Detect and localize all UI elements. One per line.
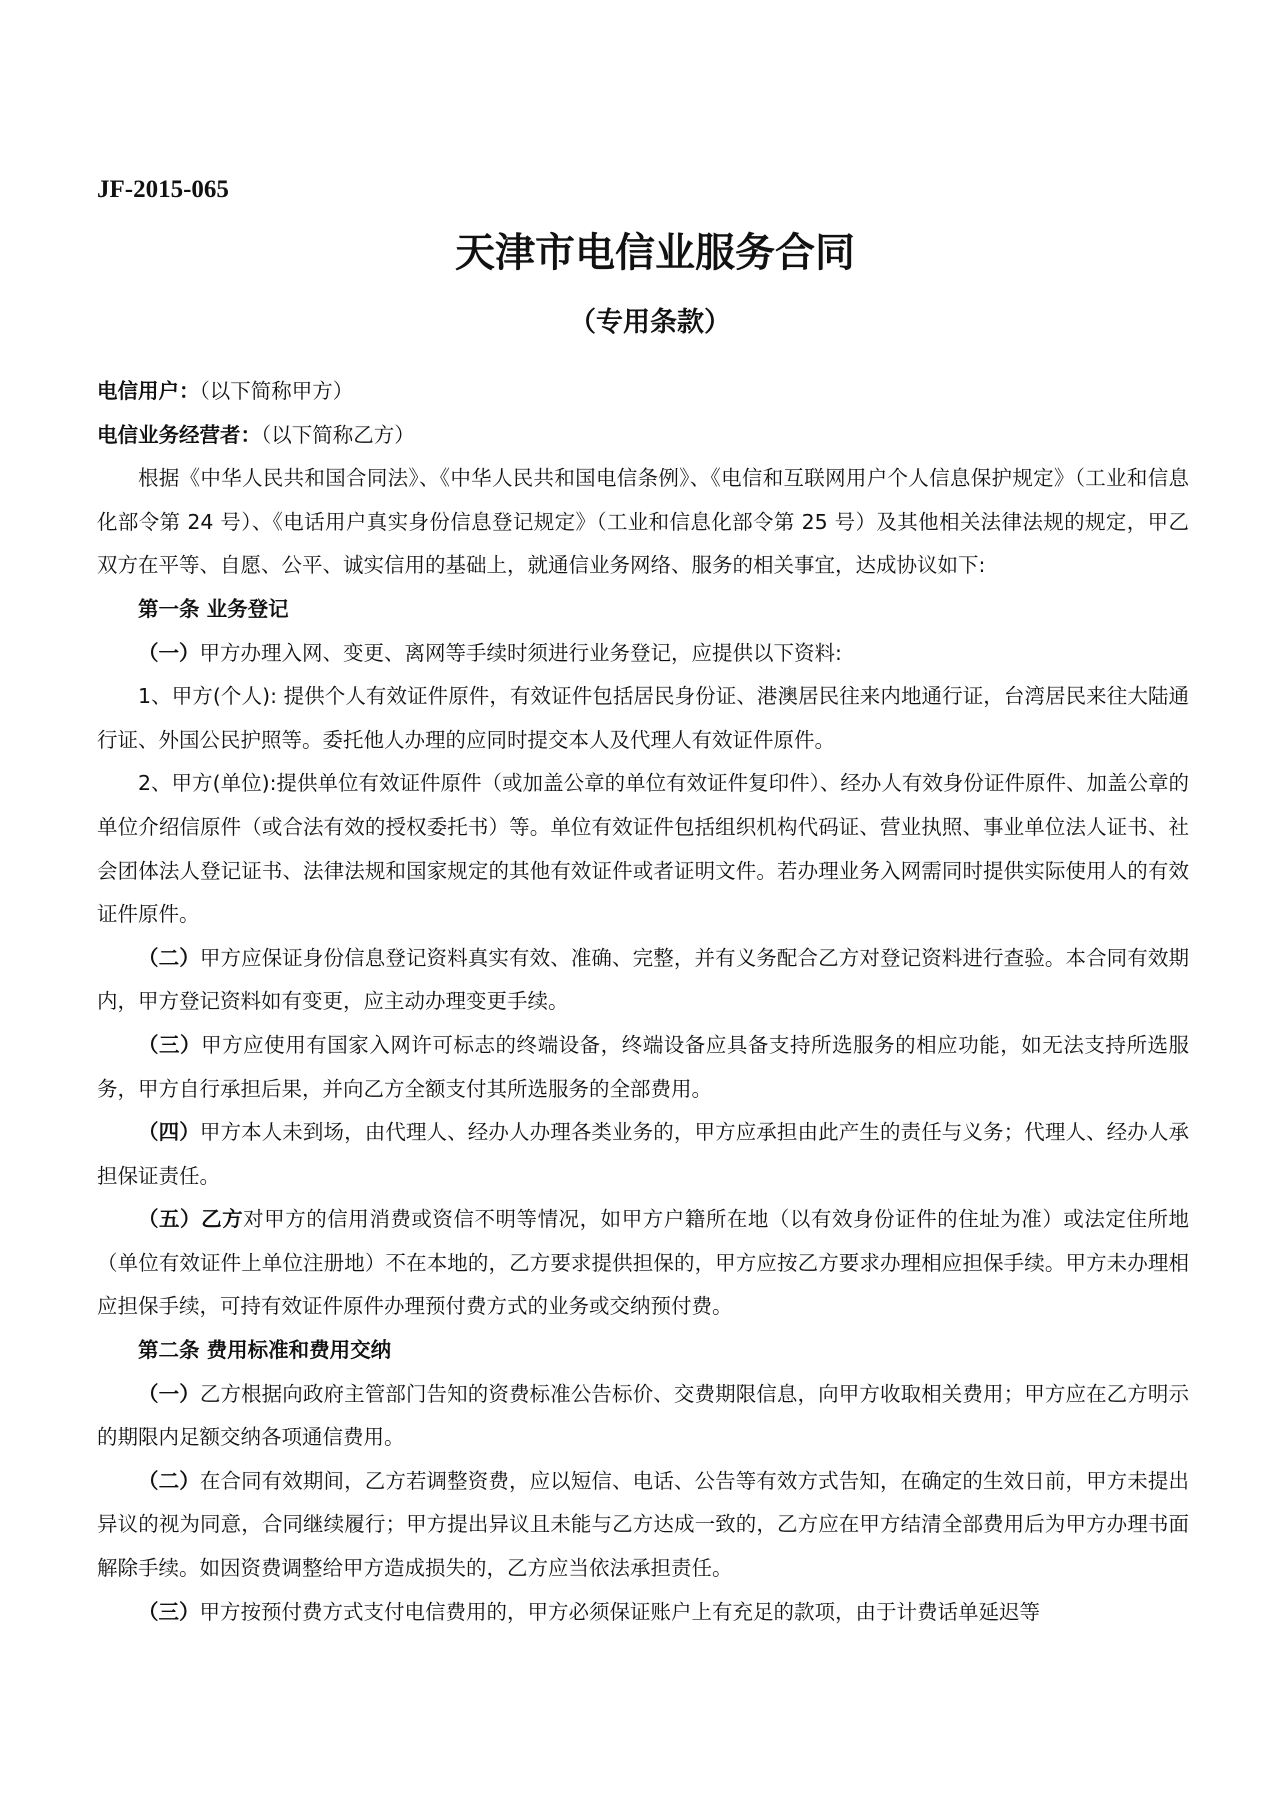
preamble: 根据《中华人民共和国合同法》、《中华人民共和国电信条例》、《电信和互联网用户个人… [97,457,1189,588]
clause: （三）甲方应使用有国家入网许可标志的终端设备，终端设备应具备支持所选服务的相应功… [97,1024,1189,1111]
party-operator: 电信业务经营者：（以下简称乙方） [97,414,1189,458]
party-user-value: （以下简称甲方） [200,379,354,403]
clause: （一）乙方根据向政府主管部门告知的资费标准公告标价、交费期限信息，向甲方收取相关… [97,1373,1189,1460]
document-subtitle: （专用条款） [0,303,1280,343]
document-title: 天津市电信业服务合同 [0,228,1280,278]
party-operator-label: 电信业务经营者： [97,423,261,447]
clause: （二）甲方应保证身份信息登记资料真实有效、准确、完整，并有义务配合乙方对登记资料… [97,937,1189,1024]
article-2-heading: 第二条 费用标准和费用交纳 [97,1329,1189,1373]
clause: （二）在合同有效期间，乙方若调整资费，应以短信、电话、公告等有效方式告知，在确定… [97,1460,1189,1591]
party-operator-value: （以下简称乙方） [261,423,415,447]
document-id: JF-2015-065 [97,176,229,204]
clause: （一）甲方办理入网、变更、离网等手续时须进行业务登记，应提供以下资料: [97,632,1189,676]
clause: （三）甲方按预付费方式支付电信费用的，甲方必须保证账户上有充足的款项，由于计费话… [97,1591,1189,1635]
document-body: 电信用户：（以下简称甲方） 电信业务经营者：（以下简称乙方） 根据《中华人民共和… [97,370,1189,1634]
clause: 2、甲方(单位):提供单位有效证件原件（或加盖公章的单位有效证件复印件）、经办人… [97,762,1189,936]
clause: （四）甲方本人未到场，由代理人、经办人办理各类业务的，甲方应承担由此产生的责任与… [97,1111,1189,1198]
clause: 1、甲方(个人): 提供个人有效证件原件，有效证件包括居民身份证、港澳居民往来内… [97,675,1189,762]
clause: （五）乙方对甲方的信用消费或资信不明等情况，如甲方户籍所在地（以有效身份证件的住… [97,1198,1189,1329]
party-user-label: 电信用户： [97,379,200,403]
party-user: 电信用户：（以下简称甲方） [97,370,1189,414]
article-1-heading: 第一条 业务登记 [97,588,1189,632]
